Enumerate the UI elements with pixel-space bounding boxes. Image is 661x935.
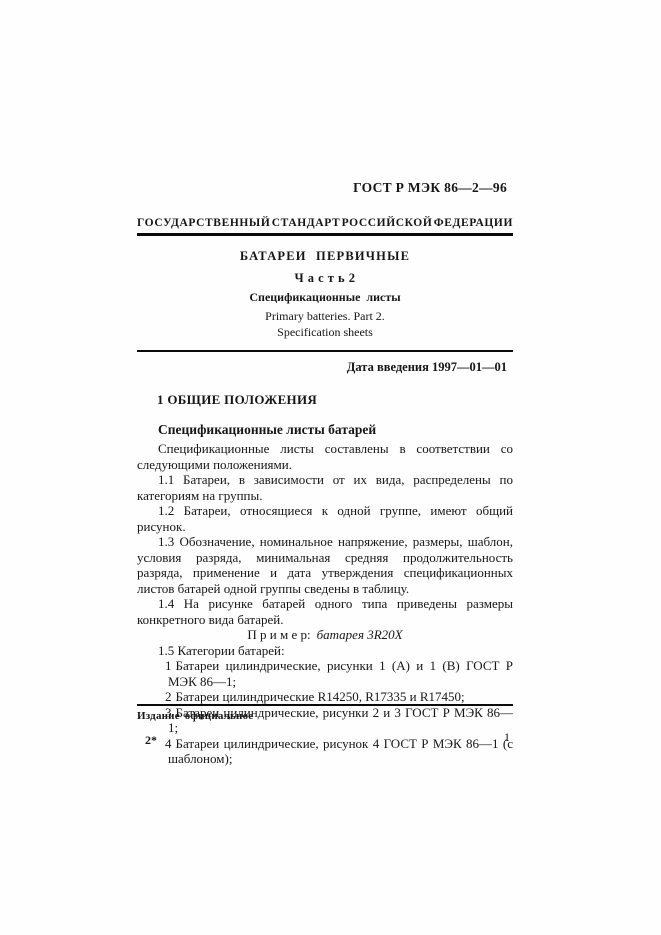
document-page: ГОСТ Р МЭК 86—2—96 ГОСУДАРСТВЕННЫЙСТАНДА… (0, 0, 661, 935)
title-main: БАТАРЕИ ПЕРВИЧНЫЕ (137, 249, 513, 264)
categories-intro: 1.5 Категории батарей: (137, 643, 513, 659)
paragraph: 1.3 Обозначение, номинальное напряжение,… (137, 534, 513, 596)
category-number: 2 (165, 689, 172, 704)
subsection-heading: Спецификационные листы батарей (137, 422, 513, 438)
separator-rule (137, 350, 513, 352)
doc-code: ГОСТ Р МЭК 86—2—96 (137, 180, 513, 196)
org-word: ГОСУДАРСТВЕННЫЙ (137, 217, 270, 229)
category-text: Батареи цилиндрические, рисунок 4 ГОСТ Р… (168, 736, 513, 767)
org-title-line: ГОСУДАРСТВЕННЫЙСТАНДАРТРОССИЙСКОЙФЕДЕРАЦ… (137, 217, 513, 236)
paragraph: 1.4 На рисунке батарей одного типа приве… (137, 596, 513, 627)
category-item: 2Батареи цилиндрические R14250, R17335 и… (137, 689, 513, 705)
org-word: РОССИЙСКОЙ (342, 217, 433, 229)
introduction-date: Дата введения 1997—01—01 (137, 360, 513, 375)
section-heading: 1 ОБЩИЕ ПОЛОЖЕНИЯ (137, 392, 513, 408)
example-value: батарея 3R20X (317, 627, 403, 642)
title-english-1: Primary batteries. Part 2. (137, 309, 513, 324)
title-block: БАТАРЕИ ПЕРВИЧНЫЕ Ч а с т ь 2 Спецификац… (137, 249, 513, 340)
category-text: Батареи цилиндрические R14250, R17335 и … (176, 689, 465, 704)
paragraph: Спецификационные листы составлены в соот… (137, 441, 513, 472)
org-word: СТАНДАРТ (272, 217, 341, 229)
category-number: 1 (165, 658, 172, 673)
paragraph: 1.1 Батареи, в зависимости от их вида, р… (137, 472, 513, 503)
page-number: 1 (504, 730, 510, 745)
category-text: Батареи цилиндрические, рисунки 1 (А) и … (168, 658, 513, 689)
org-word: ФЕДЕРАЦИИ (434, 217, 513, 229)
body-paragraphs: Спецификационные листы составлены в соот… (137, 441, 513, 627)
document-content: ГОСТ Р МЭК 86—2—96 ГОСУДАРСТВЕННЫЙСТАНДА… (137, 0, 513, 767)
paragraph: 1.2 Батареи, относящиеся к одной группе,… (137, 503, 513, 534)
footnote-mark: 2* (145, 733, 157, 748)
example-line: П р и м е р:батарея 3R20X (137, 627, 513, 643)
category-number: 4 (165, 736, 172, 751)
title-english-2: Specification sheets (137, 325, 513, 340)
footer-rule (137, 704, 513, 706)
category-item: 4Батареи цилиндрические, рисунок 4 ГОСТ … (137, 736, 513, 767)
example-label: П р и м е р: (247, 627, 310, 642)
title-subtitle: Спецификационные листы (137, 290, 513, 305)
category-item: 1Батареи цилиндрические, рисунки 1 (А) и… (137, 658, 513, 689)
edition-note: Издание официальное (137, 710, 253, 722)
title-part: Ч а с т ь 2 (137, 271, 513, 286)
